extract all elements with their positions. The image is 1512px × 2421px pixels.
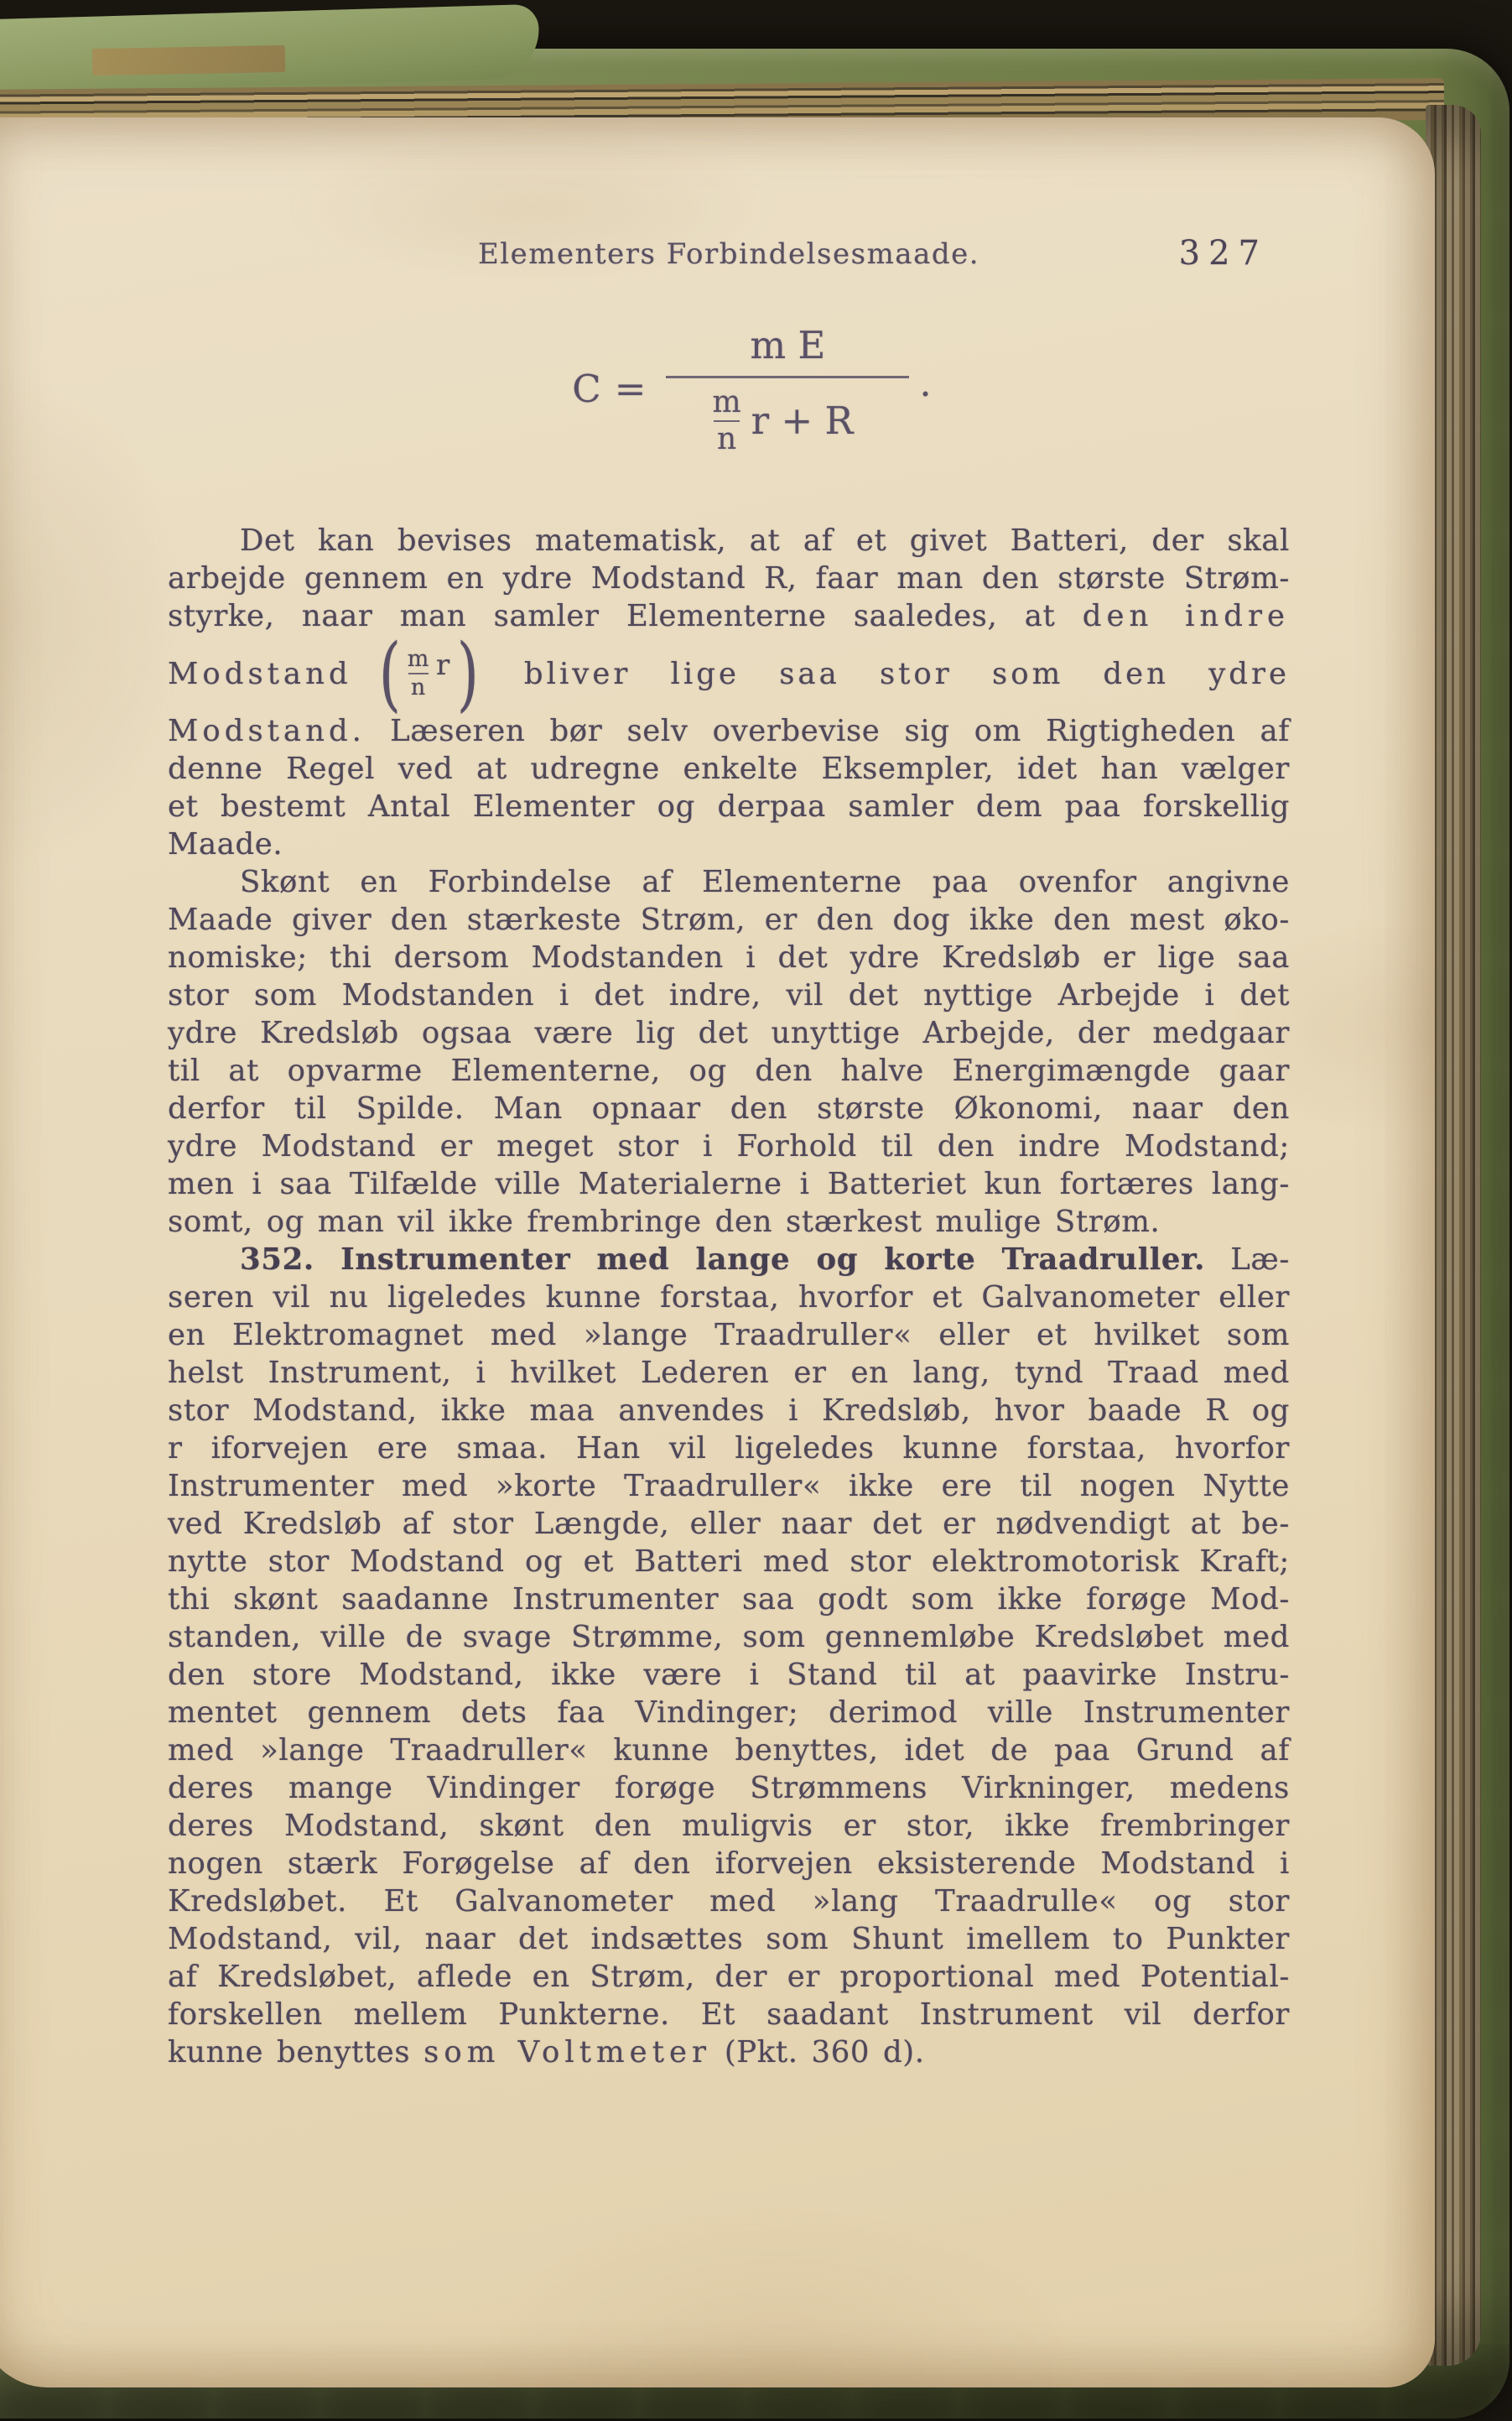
- text-line: ved Kredsløb af stor Længde, eller naar …: [168, 1505, 1290, 1543]
- nested-fraction: m n: [712, 387, 740, 456]
- text-line: med »lange Traadruller« kunne benyttes, …: [168, 1731, 1290, 1769]
- text-line: mentet gennem dets faa Vindinger; derimo…: [168, 1694, 1290, 1731]
- page-number: 327: [1179, 234, 1268, 273]
- emphasized-text: Modstand.: [168, 714, 366, 748]
- text-line: denne Regel ved at udregne enkelte Eksem…: [168, 750, 1290, 788]
- text-line: stor som Modstanden i det indre, vil det…: [168, 976, 1290, 1014]
- inline-fraction-denominator: n: [408, 673, 429, 700]
- text-line: somt, og man vil ikke frembringe den stæ…: [168, 1203, 1290, 1241]
- text-line: helst Instrument, i hvilket Lederen er e…: [168, 1354, 1290, 1392]
- text-line: et bestemt Antal Elementer og derpaa sam…: [168, 788, 1290, 825]
- text-line: nogen stærk Forøgelse af den iforvejen e…: [168, 1845, 1290, 1882]
- text-line: Det kan bevises matematisk, at af et giv…: [168, 522, 1290, 560]
- page-title: Elementers Forbindelsesmaade.: [478, 237, 979, 271]
- formula-lhs: C: [572, 367, 600, 411]
- fraction: m E m n r + R: [666, 323, 909, 456]
- inline-fraction-numerator: m: [408, 648, 429, 671]
- text-line: nomiske; thi dersom Modstanden i det ydr…: [168, 939, 1290, 976]
- text-line: styrke, naar man samler Elementerne saal…: [168, 597, 1290, 635]
- text-line: ydre Kredsløb ogsaa være lig det unyttig…: [168, 1014, 1290, 1052]
- text-run: bliver lige saa stor som den ydre: [524, 655, 1290, 693]
- text-run: kunne benyttes: [168, 2035, 410, 2070]
- inline-fraction: ( m n r ): [374, 648, 484, 700]
- text-line: standen, ville de svage Strømme, som gen…: [168, 1618, 1290, 1656]
- equals-sign: =: [615, 367, 647, 411]
- text-line: Kredsløbet. Et Galvanometer med »lang Tr…: [168, 1882, 1290, 1920]
- nested-fraction-denominator: n: [714, 420, 740, 456]
- text-run: styrke, naar man samler Elementerne saal…: [168, 599, 1055, 633]
- page-content: Elementers Forbindelsesmaade. 327 C = m …: [168, 0, 1290, 2421]
- denominator-tail: r + R: [751, 398, 854, 443]
- text-line: Skønt en Forbindelse af Elementerne paa …: [168, 863, 1290, 901]
- text-line: deres Modstand, skønt den muligvis er st…: [168, 1807, 1290, 1845]
- section-heading: 352. Instrumenter med lange og korte Tra…: [240, 1242, 1205, 1277]
- text-line: Maade giver den stærkeste Strøm, er den …: [168, 901, 1290, 939]
- inline-variable: r: [436, 647, 450, 685]
- text-line: r iforvejen ere smaa. Han vil ligeledes …: [168, 1429, 1290, 1467]
- text-line: af Kredsløbet, aflede en Strøm, der er p…: [168, 1958, 1290, 1996]
- emphasized-text: som Voltmeter: [423, 2035, 711, 2070]
- running-header: Elementers Forbindelsesmaade. 327: [168, 237, 1290, 278]
- text-line: arbejde gennem en ydre Modstand R, faar …: [168, 560, 1290, 597]
- text-run: Læseren bør selv overbevise sig om Rigti…: [390, 714, 1290, 748]
- text-run: Læ-: [1230, 1242, 1290, 1277]
- emphasized-text: den indre: [1083, 599, 1290, 633]
- formula-period: .: [919, 361, 931, 405]
- text-line: nytte stor Modstand og et Batteri med st…: [168, 1543, 1290, 1580]
- fraction-denominator: m n r + R: [666, 376, 909, 456]
- text-line: men i saa Tilfælde ville Materialerne i …: [168, 1165, 1290, 1203]
- inline-formula-line: Modstand ( m n r ) bliver lige saa stor …: [168, 635, 1290, 712]
- text-line: ydre Modstand er meget stor i Forhold ti…: [168, 1127, 1290, 1165]
- text-run: (Pkt. 360 d).: [725, 2035, 925, 2070]
- text-line: Maade.: [168, 825, 1290, 863]
- text-line: thi skønt saadanne Instrumenter saa godt…: [168, 1580, 1290, 1618]
- text-line: den store Modstand, ikke være i Stand ti…: [168, 1656, 1290, 1694]
- text-line: Instrumenter med »korte Traadruller« ikk…: [168, 1467, 1290, 1505]
- display-formula: C = m E m n r + R .: [168, 323, 1290, 456]
- text-line: Modstand. Læseren bør selv overbevise si…: [168, 712, 1290, 750]
- text-block: Det kan bevises matematisk, at af et giv…: [168, 522, 1290, 2071]
- text-line: derfor til Spilde. Man opnaar den størst…: [168, 1090, 1290, 1127]
- text-line: stor Modstand, ikke maa anvendes i Kreds…: [168, 1392, 1290, 1429]
- text-line: forskellen mellem Punkterne. Et saadant …: [168, 1996, 1290, 2033]
- fraction-numerator: m E: [742, 323, 834, 376]
- emphasized-text: Modstand: [168, 655, 352, 693]
- text-line: Modstand, vil, naar det indsættes som Sh…: [168, 1920, 1290, 1958]
- section-heading-line: 352. Instrumenter med lange og korte Tra…: [168, 1241, 1290, 1278]
- nested-fraction-numerator: m: [712, 387, 740, 419]
- text-line: en Elektromagnet med »lange Traadruller«…: [168, 1316, 1290, 1354]
- text-line: til at opvarme Elementerne, og den halve…: [168, 1052, 1290, 1090]
- scanned-book-photo: { "page": { "header": { "title": "Elemen…: [0, 0, 1512, 2421]
- text-line: kunne benyttes som Voltmeter (Pkt. 360 d…: [168, 2033, 1290, 2071]
- inline-fraction-stack: m n: [408, 648, 429, 700]
- text-line: seren vil nu ligeledes kunne forstaa, hv…: [168, 1278, 1290, 1316]
- text-line: deres mange Vindinger forøge Strømmens V…: [168, 1769, 1290, 1807]
